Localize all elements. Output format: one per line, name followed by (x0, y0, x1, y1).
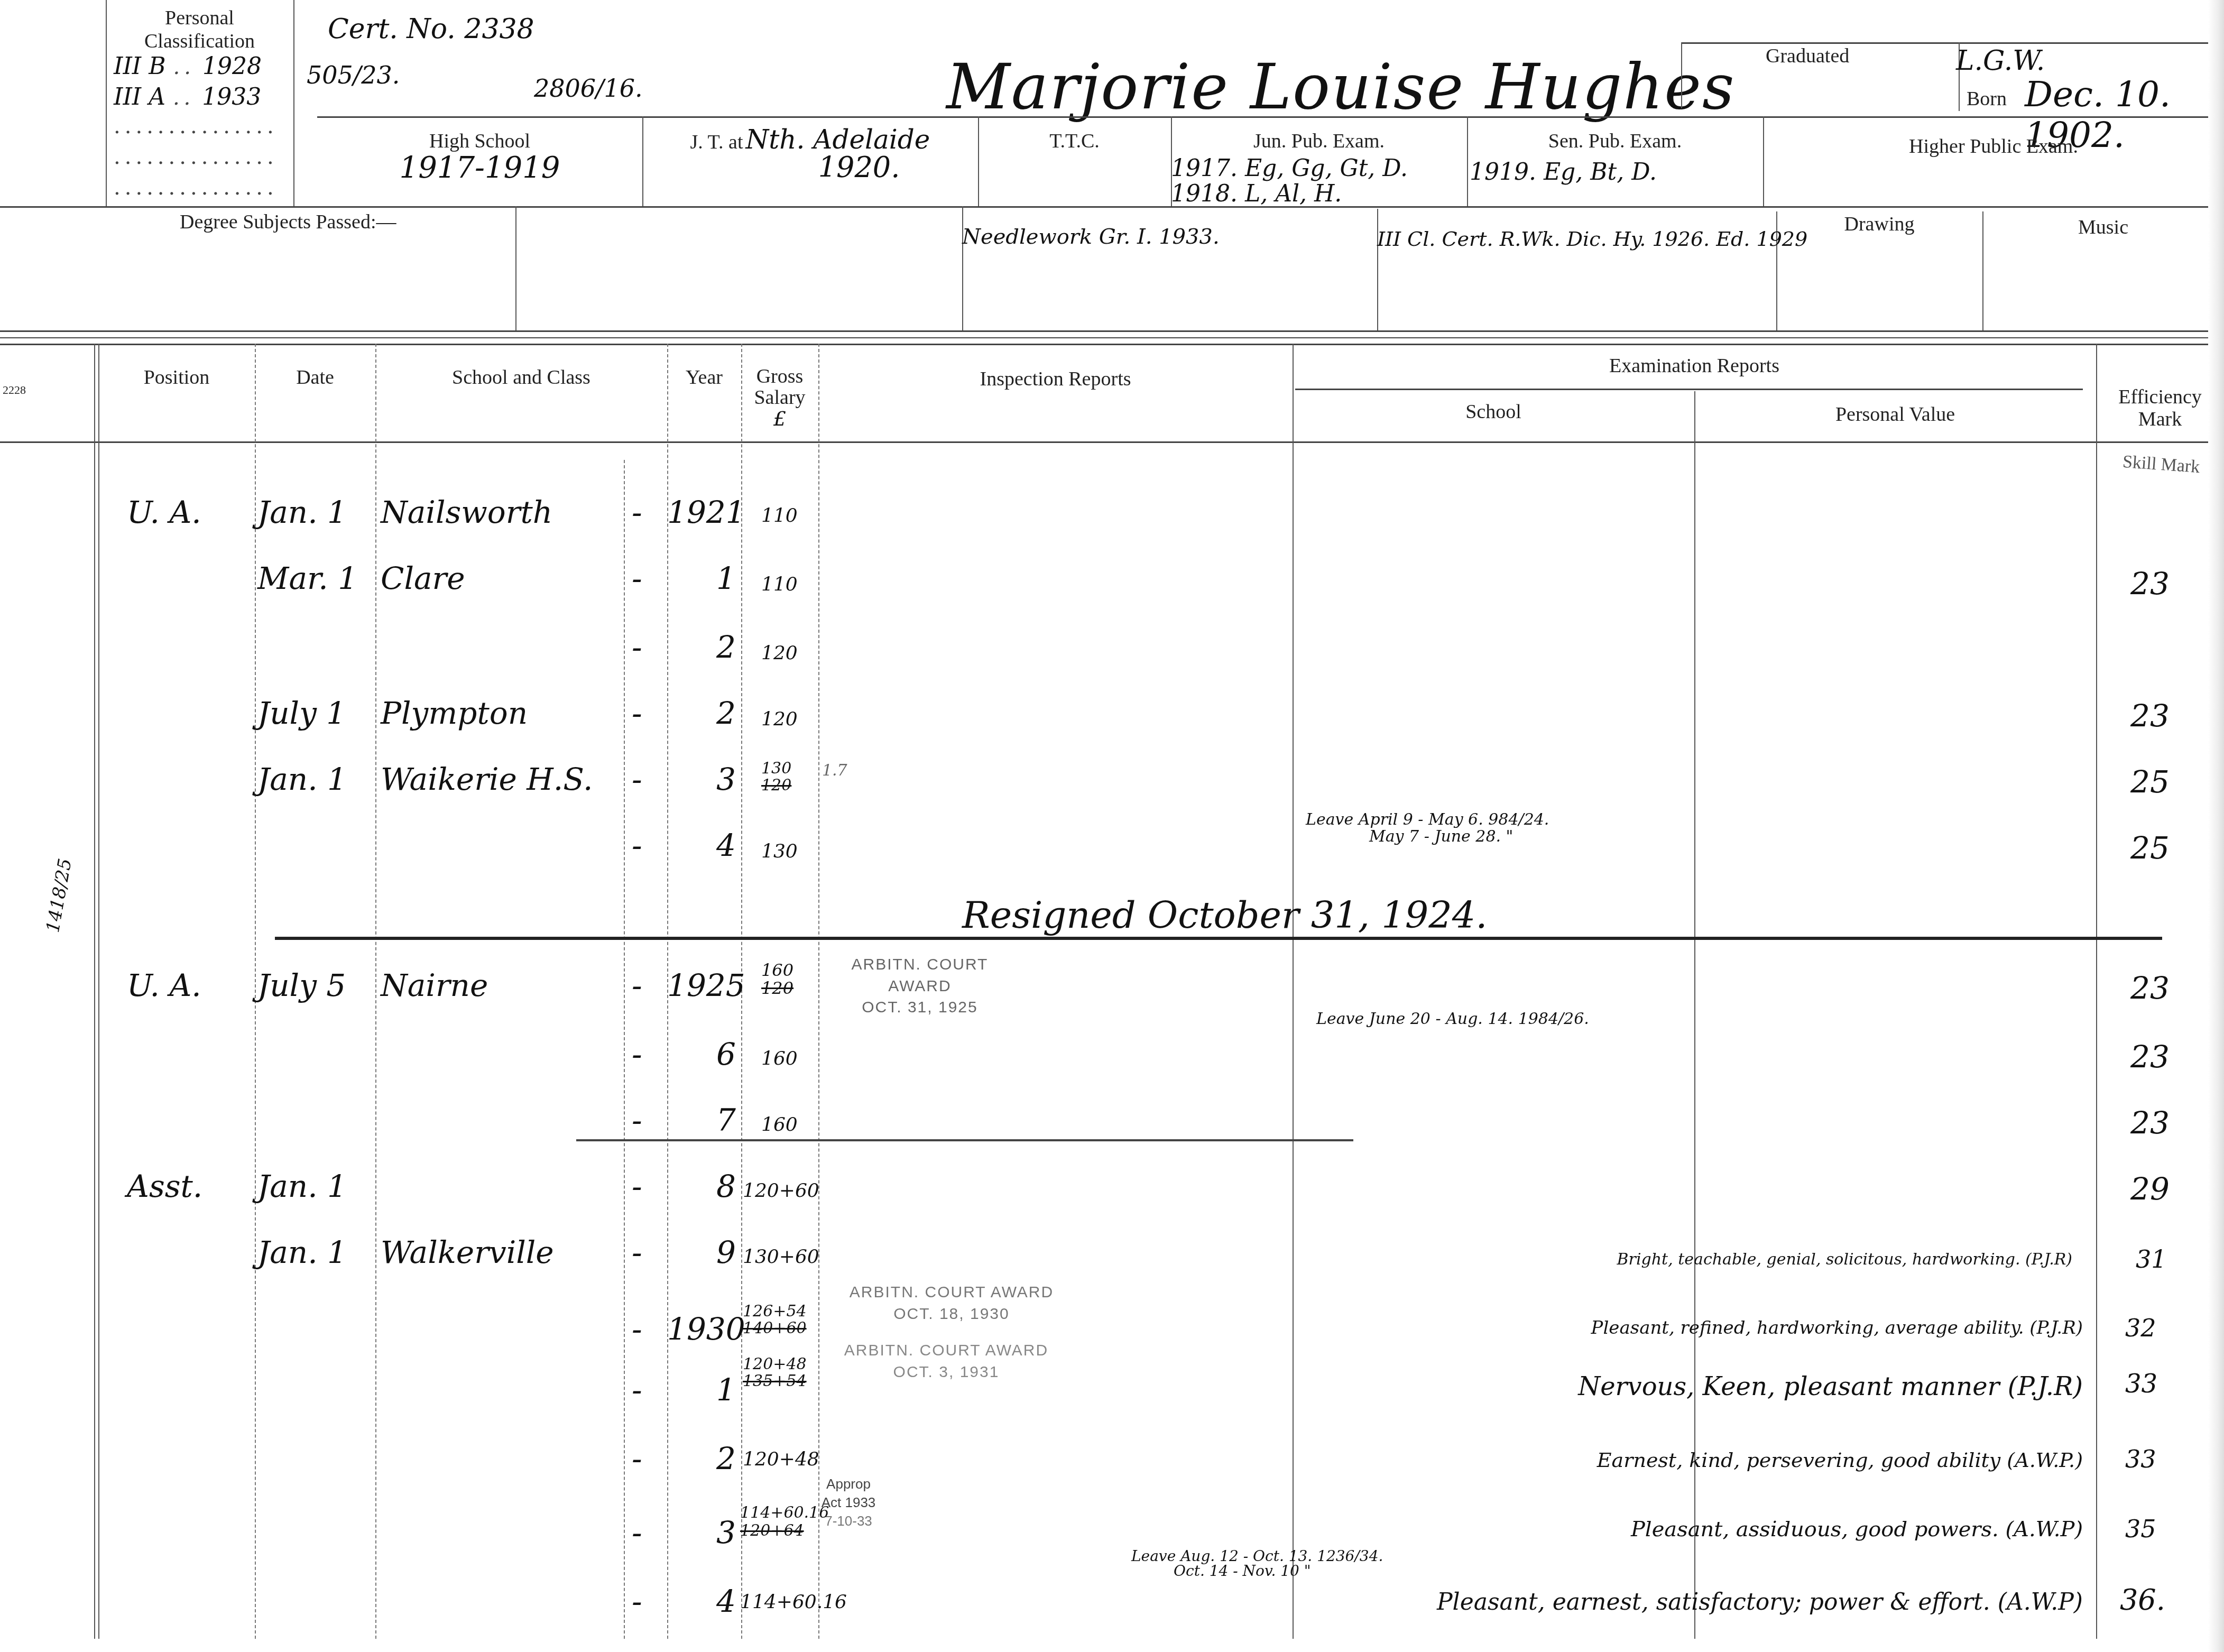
row-year: 6 (667, 1036, 736, 1072)
table-top-rule (0, 330, 2224, 332)
blank-line: ............... (114, 176, 293, 206)
row-dash: - (632, 1583, 642, 1619)
row-salary: 110 (761, 574, 798, 595)
column-header-exam-reports: Examination Reports (1293, 354, 2096, 377)
row-dash: - (632, 494, 642, 530)
personal-classification-label: Personal Classification (108, 6, 291, 53)
leave-note: Leave June 20 - Aug. 14. 1984/26. (1316, 1010, 1589, 1028)
row-year: 9 (667, 1234, 736, 1270)
degree-top-rule (0, 206, 2224, 208)
sen-pub-results: 1919. Eg, Bt, D. (1470, 159, 1657, 186)
row-year: 1930 (667, 1311, 736, 1347)
graduated-left-border (1681, 42, 1682, 108)
table-row: - 4 130 25 (0, 827, 2224, 875)
ttc-label: T.T.C. (978, 130, 1171, 153)
row-dash: - (632, 761, 642, 797)
row-salary: 130 (761, 841, 798, 862)
row-dash: - (632, 1168, 642, 1204)
graduated-label: Graduated (1766, 44, 1849, 68)
row-date: July 1 (257, 695, 346, 731)
column-header-date: Date (255, 366, 375, 389)
row-personal-value: Nervous, Keen, pleasant manner (P.J.R) (1427, 1372, 2083, 1401)
row-year: 1921 (667, 494, 736, 530)
row-year: 1925 (667, 967, 736, 1003)
column-header-salary: Gross Salary £ (741, 366, 818, 429)
table-row: - 4 114+60.16 Pleasant, earnest, satisfa… (0, 1583, 2224, 1631)
reference-number-1: 505/23. (307, 61, 400, 89)
column-header-year: Year (667, 366, 741, 389)
paper-edge (2208, 0, 2224, 1652)
reference-number-2: 2806/16. (534, 74, 643, 103)
row-efficiency: 31 (2136, 1245, 2167, 1273)
table-row: - 1 120+48 135+54 Nervous, Keen, pleasan… (0, 1372, 2224, 1419)
classification-divider (293, 0, 294, 206)
table-row: Jan. 1 Walkerville - 9 130+60 Bright, te… (0, 1234, 2224, 1282)
row-year: 7 (667, 1102, 736, 1138)
row-year: 4 (667, 827, 736, 863)
leave-note: Leave Aug. 12 - Oct. 13. 1236/34. Oct. 1… (1131, 1549, 1383, 1579)
row-dash: - (632, 695, 642, 731)
sen-pub-label: Sen. Pub. Exam. (1467, 130, 1763, 153)
row-year: 4 (667, 1583, 736, 1619)
row-year: 2 (667, 695, 736, 731)
row-dash: - (632, 1372, 642, 1408)
degree-divider (515, 206, 516, 330)
row-efficiency: 23 (2130, 1105, 2170, 1141)
table-top-rule-3 (0, 344, 2224, 345)
row-salary-stack: 160 120 (761, 961, 793, 997)
row-salary: 110 (761, 505, 798, 527)
resigned-note: Resigned October 31, 1924. (962, 893, 1488, 937)
column-header-inspection: Inspection Reports (818, 367, 1293, 391)
row-dash: - (632, 629, 642, 665)
initials: L.G.W. (1956, 45, 2045, 77)
blank-line: ............... (114, 114, 293, 145)
row-note: 1.7 (822, 761, 847, 780)
certificate-note: III Cl. Cert. R.Wk. Dic. Hy. 1926. Ed. 1… (1377, 227, 1807, 251)
row-year: 1 (667, 1372, 736, 1408)
row-date: Jan. 1 (257, 1234, 347, 1270)
row-salary: 120 (761, 642, 798, 664)
table-row: Mar. 1 Clare - 1 110 23 (0, 560, 2224, 608)
cert-number: Cert. No. 2338 (328, 13, 534, 45)
table-row: - 7 160 23 (0, 1102, 2224, 1150)
row-personal-value: Earnest, kind, persevering, good ability… (1427, 1448, 2083, 1472)
row-personal-value: Bright, teachable, genial, solicitous, h… (1480, 1250, 2072, 1269)
jt-year: 1920. (740, 151, 978, 184)
row-position: Asst. (127, 1168, 202, 1204)
row-position: U. A. (127, 494, 201, 530)
education-divider (1763, 116, 1764, 206)
row-efficiency: 29 (2130, 1171, 2170, 1207)
header-left-border (106, 0, 107, 206)
blank-line: ............... (114, 145, 293, 176)
needlework-note: Needlework Gr. I. 1933. (962, 225, 1220, 249)
row-year: 2 (667, 629, 736, 665)
row-efficiency: 23 (2130, 566, 2170, 602)
row-dash: - (632, 1441, 642, 1476)
column-header-school-class: School and Class (375, 366, 667, 389)
row-school: Nailsworth (381, 494, 552, 530)
row-year: 3 (667, 761, 736, 797)
row-position: U. A. (127, 967, 201, 1003)
column-header-efficiency: Efficiency Mark (2096, 386, 2224, 430)
row-salary: 120+48 (743, 1448, 819, 1470)
classification-entry: III A .. 1933 (114, 84, 293, 114)
row-salary-stack: 130 120 (761, 760, 791, 794)
higher-pub-label: Higher Public Exam. (1763, 135, 2224, 158)
row-personal-value: Pleasant, earnest, satisfactory; power &… (1401, 1589, 2083, 1616)
classification-entry: III B .. 1928 (114, 53, 293, 84)
column-header-position: Position (98, 366, 255, 389)
row-dash: - (632, 560, 642, 596)
row-school: Waikerie H.S. (381, 761, 593, 797)
row-personal-value: Pleasant, refined, hardworking, average … (1427, 1317, 2083, 1339)
high-school-label: High School (317, 130, 642, 153)
row-dash: - (632, 1234, 642, 1270)
table-row: - 1930 126+54 140+60 Pleasant, refined, … (0, 1311, 2224, 1359)
exam-reports-subrule (1295, 389, 2083, 390)
table-row: - 6 160 23 (0, 1036, 2224, 1084)
degree-subjects-label: Degree Subjects Passed:— (180, 210, 396, 234)
row-efficiency: 33 (2125, 1445, 2156, 1473)
row-dash: - (632, 827, 642, 863)
table-row: - 2 120+48 Earnest, kind, persevering, g… (0, 1446, 2224, 1493)
table-row: Jan. 1 Waikerie H.S. - 3 130 120 1.7 25 (0, 761, 2224, 809)
row-dash: - (632, 1036, 642, 1072)
row-dash: - (632, 1311, 642, 1347)
row-salary: 160 (761, 1048, 798, 1069)
drawing-label: Drawing (1776, 213, 1982, 236)
row-salary-stack: 120+48 135+54 (743, 1356, 807, 1390)
row-salary: 120+60 (743, 1180, 819, 1202)
column-header-personal-value: Personal Value (1694, 403, 2096, 426)
born-label: Born (1967, 87, 2007, 110)
jun-pub-results: 1917. Eg, Gg, Gt, D. 1918. L, Al, H. (1171, 156, 1408, 207)
row-school: Clare (381, 560, 465, 596)
column-header-exam-school: School (1293, 400, 1694, 423)
row-date: July 5 (257, 967, 346, 1003)
table-row: July 1 Plympton - 2 120 23 (0, 695, 2224, 743)
margin-number: 2228 (3, 383, 26, 397)
table-row: U. A. Jan. 1 Nailsworth - 1921 110 (0, 494, 2224, 542)
row-year: 2 (667, 1441, 736, 1476)
row-efficiency: 23 (2130, 1039, 2170, 1075)
jt-label: J. T. at (690, 131, 743, 153)
education-top-rule (317, 116, 2224, 118)
row-school: Plympton (381, 695, 528, 731)
table-row: Asst. Jan. 1 - 8 120+60 29 (0, 1168, 2224, 1216)
row-efficiency: 25 (2130, 764, 2170, 800)
row-efficiency: 35 (2125, 1515, 2156, 1543)
row-dash: - (632, 1515, 642, 1551)
row-efficiency: 33 (2125, 1369, 2157, 1399)
row-date: Jan. 1 (257, 761, 347, 797)
row-efficiency: 32 (2125, 1314, 2156, 1342)
row-efficiency: 23 (2130, 970, 2170, 1006)
table-row: U. A. July 5 Nairne - 1925 160 120 23 (0, 967, 2224, 1015)
row-dash: - (632, 1102, 642, 1138)
graduated-top-rule (1681, 42, 2220, 44)
row-salary: 114+60.16 (740, 1591, 847, 1613)
table-row: - 3 114+60.16 120+64 Pleasant, assiduous… (0, 1515, 2224, 1562)
table-top-rule-2 (0, 337, 2224, 338)
row-school: Walkerville (381, 1234, 554, 1270)
row-date: Mar. 1 (257, 560, 357, 596)
resigned-rule (275, 937, 2162, 940)
skill-mark-label: Skill Mark (2122, 452, 2201, 477)
high-school-years: 1917-1919 (317, 151, 642, 185)
row-salary-stack: 126+54 140+60 (743, 1303, 807, 1337)
row-salary: 130+60 (743, 1246, 819, 1268)
row-efficiency: 23 (2130, 698, 2170, 734)
table-row: - 2 120 (0, 629, 2224, 677)
row-personal-value: Pleasant, assiduous, good powers. (A.W.P… (1427, 1517, 2083, 1542)
row-school: Nairne (381, 967, 488, 1003)
section-rule (576, 1139, 1353, 1141)
jun-pub-label: Jun. Pub. Exam. (1171, 130, 1467, 153)
row-salary: 160 (761, 1114, 798, 1136)
row-dash: - (632, 967, 642, 1003)
music-label: Music (1982, 216, 2224, 239)
classification-list: III B .. 1928 III A .. 1933 ............… (114, 53, 293, 206)
row-salary-stack: 114+60.16 120+64 (740, 1504, 829, 1540)
row-salary: 120 (761, 708, 798, 730)
row-year: 1 (667, 560, 736, 596)
row-year: 8 (667, 1168, 736, 1204)
row-date: Jan. 1 (257, 1168, 347, 1204)
row-efficiency: 36. (2120, 1583, 2165, 1617)
header-bottom-rule (0, 441, 2224, 443)
teacher-name: Marjorie Louise Hughes (946, 50, 1736, 123)
row-efficiency: 25 (2130, 830, 2170, 866)
row-date: Jan. 1 (257, 494, 347, 530)
row-year: 3 (667, 1515, 736, 1551)
